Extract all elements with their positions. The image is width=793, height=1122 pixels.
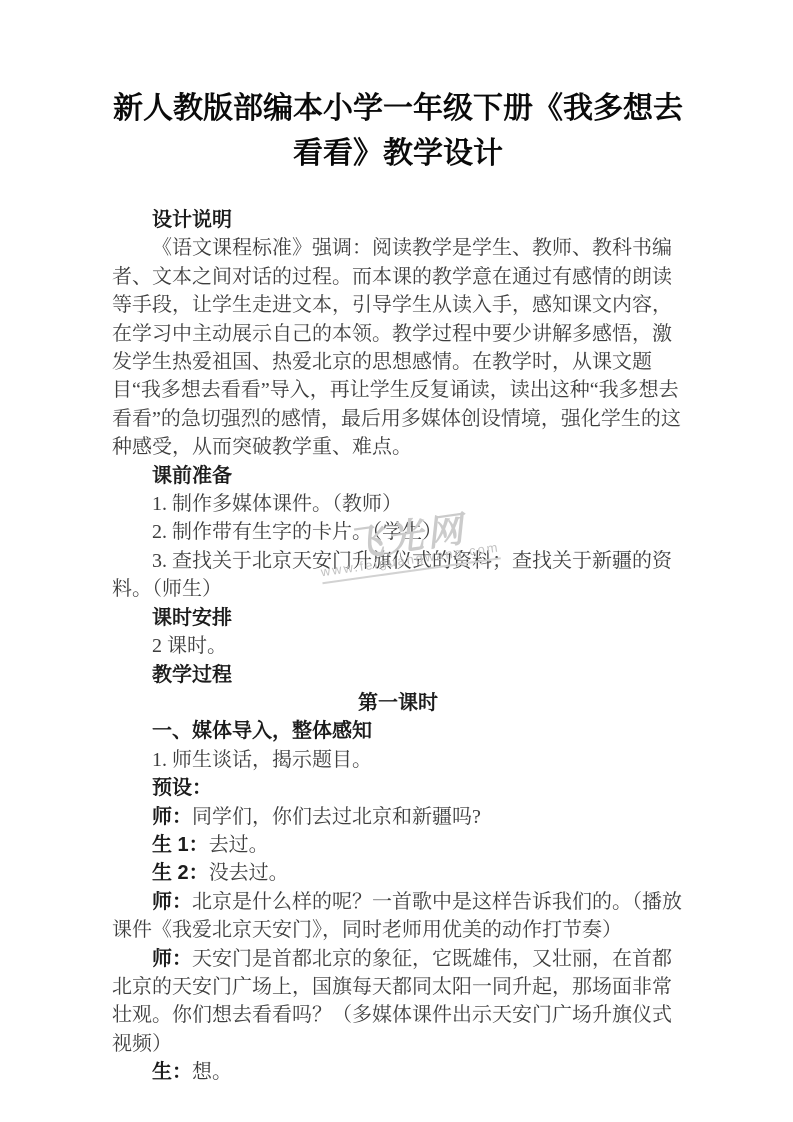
- schedule-text: 2 课时。: [112, 632, 684, 660]
- preparation-item: 1. 制作多媒体课件。（教师）: [112, 490, 684, 518]
- dialogue-line: 师：同学们，你们去过北京和新疆吗?: [112, 803, 684, 831]
- preparation-item: 2. 制作带有生字的卡片。（学生）: [112, 518, 684, 546]
- page-title: 新人教版部编本小学一年级下册《我多想去看看》教学设计: [112, 86, 684, 176]
- dialogue-text: 没去过。: [209, 862, 289, 884]
- lesson1-title: 第一课时: [112, 689, 684, 717]
- lesson1-step: 1. 师生谈话，揭示题目。: [112, 746, 684, 774]
- dialogue-text: 北京是什么样的呢？一首歌中是这样告诉我们的。（播放课件《我爱北京天安门》，同时老…: [112, 891, 682, 941]
- lesson1-part1-heading: 一、媒体导入，整体感知: [112, 717, 684, 745]
- dialogue-line: 生 1：去过。: [112, 831, 684, 859]
- speaker-label: 生 1：: [152, 834, 209, 856]
- design-notes-heading: 设计说明: [112, 206, 684, 234]
- dialogue-text: 去过。: [209, 834, 269, 856]
- dialogue-line: 师：天安门是首都北京的象征，它既雄伟，又壮丽，在首都北京的天安门广场上，国旗每天…: [112, 945, 684, 1059]
- design-notes-paragraph: 《语文课程标准》强调：阅读教学是学生、教师、教科书编者、文本之间对话的过程。而本…: [112, 234, 684, 461]
- schedule-heading: 课时安排: [112, 604, 684, 632]
- preparation-item: 3. 查找关于北京天安门升旗仪式的资料；查找关于新疆的资料。（师生）: [112, 547, 684, 604]
- dialogue-line: 生：想。: [112, 1058, 684, 1086]
- speaker-label: 生 2：: [152, 862, 209, 884]
- dialogue-text: 想。: [192, 1061, 232, 1083]
- document-body: 新人教版部编本小学一年级下册《我多想去看看》教学设计 设计说明 《语文课程标准》…: [112, 86, 684, 1087]
- speaker-label: 师：: [152, 891, 192, 913]
- preset-label: 预设：: [112, 774, 684, 802]
- speaker-label: 师：: [152, 948, 192, 970]
- dialogue-text: 同学们，你们去过北京和新疆吗?: [192, 806, 481, 828]
- speaker-label: 生：: [152, 1061, 192, 1083]
- document-page: { "page": { "title": "新人教版部编本小学一年级下册《我多想…: [0, 0, 793, 1122]
- dialogue-text: 天安门是首都北京的象征，它既雄伟，又壮丽，在首都北京的天安门广场上，国旗每天都同…: [112, 948, 672, 1055]
- process-heading: 教学过程: [112, 661, 684, 689]
- preparation-heading: 课前准备: [112, 462, 684, 490]
- dialogue-line: 生 2：没去过。: [112, 859, 684, 887]
- dialogue-line: 师：北京是什么样的呢？一首歌中是这样告诉我们的。（播放课件《我爱北京天安门》，同…: [112, 888, 684, 945]
- speaker-label: 师：: [152, 806, 192, 828]
